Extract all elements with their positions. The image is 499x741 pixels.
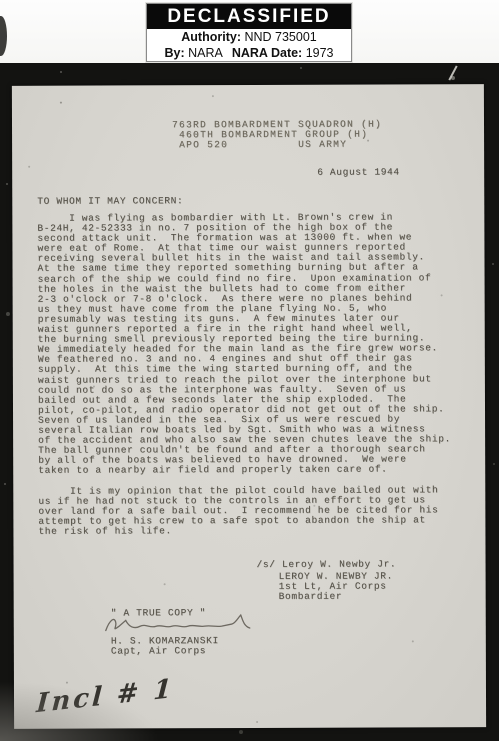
stamp-by-value: NARA <box>188 46 223 60</box>
stamp-by-label: By: <box>164 46 184 60</box>
body-paragraph-2: It is my opinion that the pilot could ha… <box>38 485 438 537</box>
body-paragraph-1: I was flying as bombardier with Lt. Brow… <box>37 212 451 476</box>
signature-block: LEROY W. NEWBY JR.1st Lt, Air CorpsBomba… <box>279 571 393 601</box>
document-date: 6 August 1944 <box>317 166 400 177</box>
declassified-stamp-title: DECLASSIFIED <box>147 4 351 29</box>
scan-noise <box>0 63 2 65</box>
signature-signed-line: /s/ Leroy W. Newby Jr. <box>257 558 397 569</box>
page-noise <box>12 86 14 88</box>
stamp-authority-label: Authority: <box>181 30 241 44</box>
scan-background: 763RD BOMBARDMENT SQUADRON (H) 460TH BOM… <box>0 63 499 741</box>
signature-title: Bombardier <box>279 591 393 601</box>
scan-smudge <box>0 16 7 56</box>
stamp-authority-line: Authority: NND 735001 <box>147 29 351 45</box>
stamp-date-label: NARA Date: <box>232 46 302 60</box>
scan-top-margin: DECLASSIFIED Authority: NND 735001 By: N… <box>0 0 499 63</box>
letterhead: 763RD BOMBARDMENT SQUADRON (H) 460TH BOM… <box>172 120 382 151</box>
scan-scratch <box>448 65 457 80</box>
certifier-handwritten-signature <box>102 613 262 638</box>
declassified-stamp: DECLASSIFIED Authority: NND 735001 By: N… <box>146 3 352 62</box>
stamp-by-line: By: NARANARA Date: 1973 <box>147 45 351 61</box>
stamp-date-value: 1973 <box>306 46 334 60</box>
stamp-authority-value: NND 735001 <box>244 30 316 44</box>
enclosure-note-handwritten: Incl # 1 <box>35 674 175 719</box>
document-page: 763RD BOMBARDMENT SQUADRON (H) 460TH BOM… <box>12 84 486 729</box>
salutation: TO WHOM IT MAY CONCERN: <box>37 195 183 207</box>
certifier-rank: Capt, Air Corps <box>111 645 206 656</box>
